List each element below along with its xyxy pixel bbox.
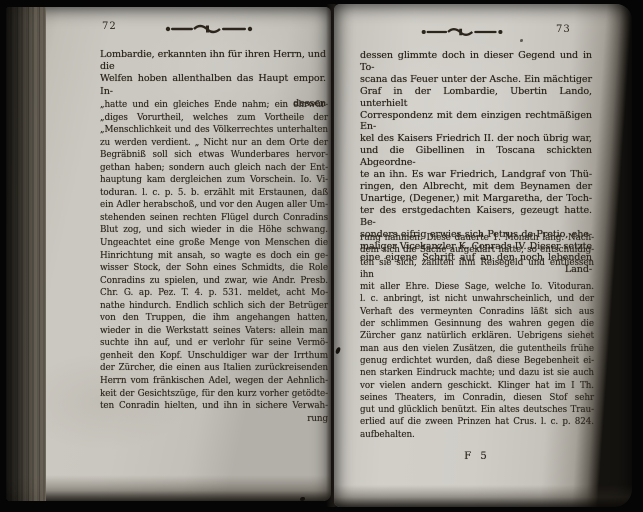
footnote-line: Conradins zu spielen, und zwar, wie Andr…	[100, 275, 328, 288]
footnote-line: Ungeachtet eine große Menge von Menschen…	[100, 237, 328, 250]
footnote-line: seines Theaters, im Conradin, diesen Sto…	[360, 392, 594, 404]
text-line: te an ihn. Es war Friedrich, Landgraf vo…	[360, 169, 592, 181]
printer-ornament-icon	[164, 23, 256, 35]
page-number-left: 72	[102, 21, 117, 32]
footnote-line: suchte ihn auf, und er verlohr für seine…	[100, 337, 328, 350]
footnote-line: keit der Gesichtszüge, für den kurz vorh…	[100, 388, 328, 401]
footnote-line: Begräbniß soll sich etwas Wunderbares he…	[100, 149, 328, 162]
footnote-line: rung nahmen. Diese dauerte 1. Monath lan…	[360, 232, 594, 244]
footnote-line: Zürcher ganz natürlich erklären. Uebrige…	[360, 330, 594, 342]
footnote-line: wisser Stock, der Sohn eines Schmidts, d…	[100, 262, 328, 275]
footnote-line: l. c. anbringt, ist nicht unwahrscheinli…	[360, 293, 594, 305]
page-stack-edge	[6, 7, 46, 501]
text-line: scana das Feuer unter der Asche. Ein mäc…	[360, 74, 592, 86]
footnote-line: von den Truppen, die ihm angehangen hatt…	[100, 312, 328, 325]
footnote-line: genheit den Kopf. Unschuldiger war der I…	[100, 350, 328, 363]
text-line: Unartige, (Degener,) mit Margaretha, der…	[360, 193, 592, 205]
footnote-line: Blut zog, und sich wieder in die Höhe sc…	[100, 224, 328, 237]
footnote-line: gethan haben; sondern auch gleich nach d…	[100, 162, 328, 175]
footnote-line: gut und glücklich benützt. Ein altes deu…	[360, 404, 594, 416]
footnote-line: der schlimmen Gesinnung des wahren gegen…	[360, 318, 594, 330]
footnote-line: „diges Vorurtheil, welches zum Vortheile…	[100, 112, 328, 125]
catchword: rung	[100, 413, 328, 426]
footnote-line: wieder in die Werkstatt seines Vaters: a…	[100, 325, 328, 338]
page-number-right: 73	[556, 24, 571, 35]
footnote-line: der Zürcher, die einen aus Italien zurüc…	[100, 362, 328, 375]
left-page: 72 Lombardie, erkannten ihn für ihren He…	[6, 7, 331, 501]
footnote-line: mit aller Ehre. Diese Sage, welche Io. V…	[360, 281, 594, 293]
signature-mark: F 5	[360, 451, 594, 463]
text-line: ringen, den Albrecht, mit dem Beynamen d…	[360, 181, 592, 193]
footnote-line: Chr. G. ap. Pez. T. 4. p. 531. meldet, a…	[100, 287, 328, 300]
text-line: Correspondenz mit dem einzigen rechtmäßi…	[360, 110, 592, 134]
printer-ornament-icon	[420, 26, 506, 38]
text-line: ter des erstgedachten Kaisers, gezeugt h…	[360, 205, 592, 229]
right-footnote: rung nahmen. Diese dauerte 1. Monath lan…	[360, 232, 594, 463]
footnote-line: „Menschlichkeit und des Völkerrechtes un…	[100, 124, 328, 137]
footnote-line: vor vielen andern geschickt. Klinger hat…	[360, 380, 594, 392]
text-line: kel des Kaisers Friedrich II. der noch ü…	[360, 133, 592, 145]
footnote-line: aufbehalten.	[360, 429, 594, 441]
footnote-line: toduran. l. c. p. 5. b. erzählt mit Erst…	[100, 187, 328, 200]
footnote-line: dem sich die Sache aufgeklärt hatte, so …	[360, 244, 594, 256]
footnote-line: genug erdichtet wurden, daß diese Begebe…	[360, 355, 594, 367]
footnote-line: „hatte und ein gleiches Ende nahm; ein e…	[100, 99, 328, 112]
text-line: Lombardie, erkannten ihn für ihren Herrn…	[100, 49, 326, 73]
footnote-line: ein Adler herabschoß, und vor den Augen …	[100, 199, 328, 212]
footnote-line: ten Conradin hielten, und ihn in sichere…	[100, 400, 328, 413]
footnote-line: zu werden verdient. „ Nicht nur an dem O…	[100, 137, 328, 150]
footnote-line: Verhaft des vermeynten Conradins läßt si…	[360, 306, 594, 318]
text-line: und die Gibellinen in Toscana schickten …	[360, 145, 592, 169]
footnote-line: erlied auf die zween Prinzen hat Crus. l…	[360, 416, 594, 428]
footnote-line: ten sie sich, zahlten ihm Reisegeld und …	[360, 257, 594, 282]
footnote-line: nen starken Eindruck machte; und dazu is…	[360, 367, 594, 379]
footnote-line: Herrn vom fränkischen Adel, wegen der Ae…	[100, 375, 328, 388]
text-line: Graf in der Lombardie, Ubertin Lando, un…	[360, 86, 592, 110]
book-photo: 72 Lombardie, erkannten ihn für ihren He…	[0, 0, 643, 512]
left-footnote: „hatte und ein gleiches Ende nahm; ein e…	[100, 99, 328, 425]
footnote-line: nathe hindurch. Endlich schlich sich der…	[100, 300, 328, 313]
footnote-line: hauptung kam dergleichen zum Vorschein. …	[100, 174, 328, 187]
text-line: Welfen hoben allenthalben das Haupt empo…	[100, 73, 326, 97]
right-page: 73 dessen glimmte doch in dieser Gegend …	[334, 4, 632, 507]
text-line: dessen glimmte doch in dieser Gegend und…	[360, 50, 592, 74]
footnote-line: Hinrichtung mit ansah, so wagte es doch …	[100, 250, 328, 263]
footnote-line: stehenden seinen rechten Flügel durch Co…	[100, 212, 328, 225]
footnote-line: man aus den vielen Zusätzen, die gutenth…	[360, 343, 594, 355]
